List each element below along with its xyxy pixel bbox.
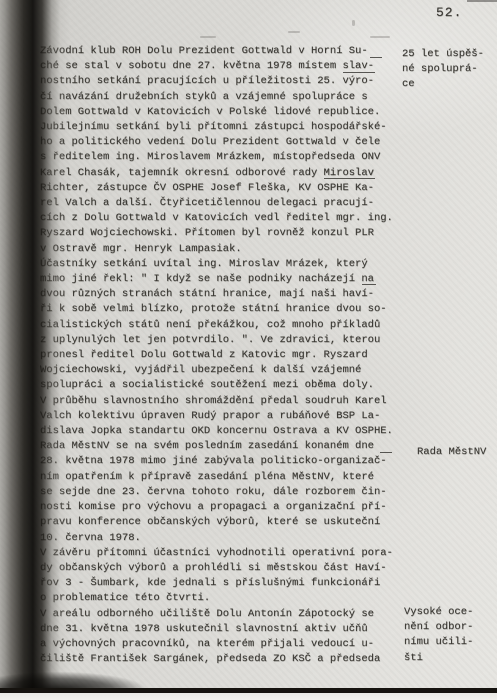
scan-artifact-underline	[343, 72, 375, 73]
scan-artifact-underline	[324, 178, 375, 179]
scan-artifact-underline	[380, 452, 392, 453]
scan-edge-sliver	[467, 0, 497, 2]
scan-smudge	[200, 36, 216, 38]
page-number: 52.	[436, 5, 462, 20]
scan-smudge	[370, 36, 390, 38]
scan-artifact-underline	[362, 284, 376, 285]
scan-smudge	[288, 31, 300, 33]
margin-note-council: Rada MěstNV	[417, 445, 497, 460]
scanned-chronicle-page: 52. Závodní klub ROH Dolu Prezident Gott…	[0, 0, 497, 700]
scan-smudge	[352, 20, 355, 26]
scan-artifact-underline	[370, 57, 382, 58]
margin-note-apprentice-school: Vysoké oce- nění odbor- nímu učili- šti	[404, 605, 496, 666]
scan-background-strip	[0, 693, 497, 700]
document-body-text: Závodní klub ROH Dolu Prezident Gottwald…	[40, 44, 422, 667]
margin-note-anniversary: 25 let úspěš- né spoluprá- ce	[402, 47, 494, 93]
